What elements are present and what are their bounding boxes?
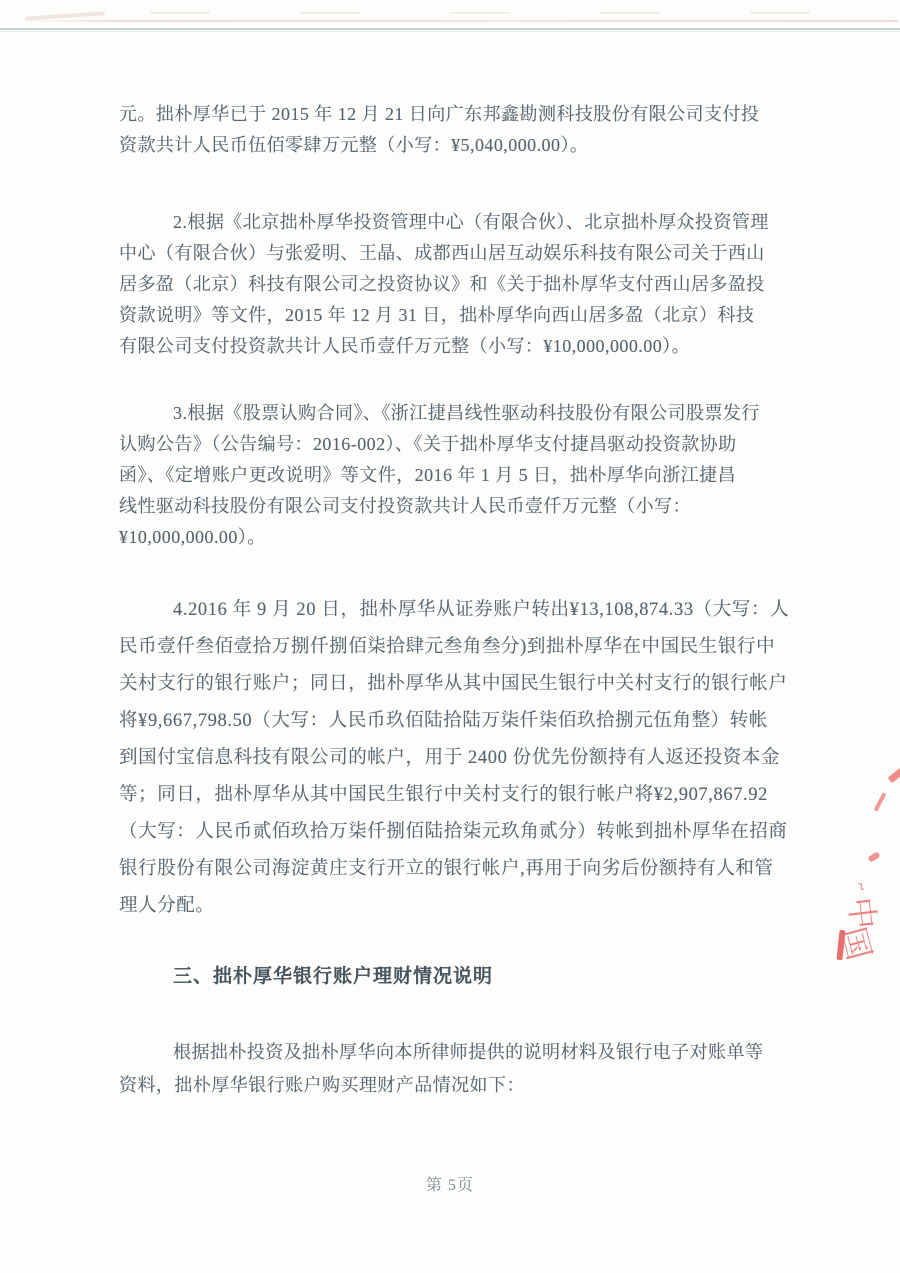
text-line: 中心（有限合伙）与张爱明、王晶、成都西山居互动娱乐科技有限公司关于西山 — [119, 238, 799, 269]
paragraph-item-4: 4.2016 年 9 月 20 日，拙朴厚华从证券账户转出¥13,108,874… — [119, 592, 799, 925]
paragraph-closing: 根据拙朴投资及拙朴厚华向本所律师提供的说明材料及银行电子对账单等 资料，拙朴厚华… — [119, 1036, 799, 1102]
text-line: 关村支行的银行账户；同日，拙朴厚华从其中国民生银行中关村支行的银行帐户 — [119, 666, 799, 703]
scan-artifact-dashed-line — [150, 12, 850, 14]
text-line: 线性驱动科技股份有限公司支付投资款共计人民币壹仟万元整（小写： — [119, 491, 799, 522]
page-number: 第 5页 — [0, 1172, 900, 1195]
text-line: 民币壹仟叁佰壹拾万捌仟捌佰柒拾肆元叁角叁分)到拙朴厚华在中国民生银行中 — [119, 629, 799, 666]
paragraph-continuation: 元。拙朴厚华已于 2015 年 12 月 21 日向广东邦鑫勘测科技股份有限公司… — [119, 99, 799, 161]
text-line: 理人分配。 — [119, 888, 799, 925]
red-stamp-fragment: ~ 中 国 — [830, 740, 900, 980]
paragraph-item-2: 2.根据《北京拙朴厚华投资管理中心（有限合伙）、北京拙朴厚众投资管理 中心（有限… — [119, 207, 799, 362]
text-line: 到国付宝信息科技有限公司的帐户，用于 2400 份优先份额持有人返还投资本金 — [119, 740, 799, 777]
text-line: 居多盈（北京）科技有限公司之投资协议》和《关于拙朴厚华支付西山居多盈投 — [119, 269, 799, 300]
stamp-stroke-icon — [874, 792, 887, 812]
text-line: 3.根据《股票认购合同》、《浙江捷昌线性驱动科技股份有限公司股票发行 — [119, 398, 799, 429]
scan-artifact-pink-line — [20, 20, 898, 22]
text-line: 认购公告》（公告编号：2016-002）、《关于拙朴厚华支付捷昌驱动投资款协助 — [119, 429, 799, 460]
text-line: 将¥9,667,798.50（大写：人民币玖佰陆拾陆万柒仟柒佰玖拾捌元伍角整）转… — [119, 703, 799, 740]
text-line: 等；同日，拙朴厚华从其中国民生银行中关村支行的银行帐户将¥2,907,867.9… — [119, 777, 799, 814]
scanned-document-page: 元。拙朴厚华已于 2015 年 12 月 21 日向广东邦鑫勘测科技股份有限公司… — [0, 0, 900, 1273]
stamp-stroke-icon: ~ — [850, 879, 870, 894]
text-line: 元。拙朴厚华已于 2015 年 12 月 21 日向广东邦鑫勘测科技股份有限公司… — [119, 99, 799, 130]
section-heading: 三、拙朴厚华银行账户理财情况说明 — [173, 961, 493, 988]
text-line: 资款共计人民币伍佰零肆万元整（小写：¥5,040,000.00）。 — [119, 130, 799, 161]
text-line: 根据拙朴投资及拙朴厚华向本所律师提供的说明材料及银行电子对账单等 — [119, 1036, 799, 1069]
text-line: ¥10,000,000.00）。 — [119, 522, 799, 553]
text-line: 2.根据《北京拙朴厚华投资管理中心（有限合伙）、北京拙朴厚众投资管理 — [119, 207, 799, 238]
stamp-stroke-icon — [867, 851, 880, 862]
text-line: 有限公司支付投资款共计人民币壹仟万元整（小写：¥10,000,000.00）。 — [119, 331, 799, 362]
stamp-stroke-icon — [888, 768, 900, 783]
scan-artifact-teal-echo-line — [0, 31, 900, 32]
text-line: （大写：人民币贰佰玖拾万柒仟捌佰陆拾柒元玖角贰分）转帐到拙朴厚华在招商 — [119, 814, 799, 851]
scan-artifact-teal-line — [0, 28, 900, 30]
text-line: 资款说明》等文件，2015 年 12 月 31 日，拙朴厚华向西山居多盈（北京）… — [119, 300, 799, 331]
paragraph-item-3: 3.根据《股票认购合同》、《浙江捷昌线性驱动科技股份有限公司股票发行 认购公告》… — [119, 398, 799, 553]
text-line: 函》、《定增账户更改说明》等文件，2016 年 1 月 5 日，拙朴厚华向浙江捷… — [119, 460, 799, 491]
text-line: 银行股份有限公司海淀黄庄支行开立的银行帐户,再用于向劣后份额持有人和管 — [119, 851, 799, 888]
text-line: 资料，拙朴厚华银行账户购买理财产品情况如下： — [119, 1069, 799, 1102]
text-line: 4.2016 年 9 月 20 日，拙朴厚华从证券账户转出¥13,108,874… — [119, 592, 799, 629]
